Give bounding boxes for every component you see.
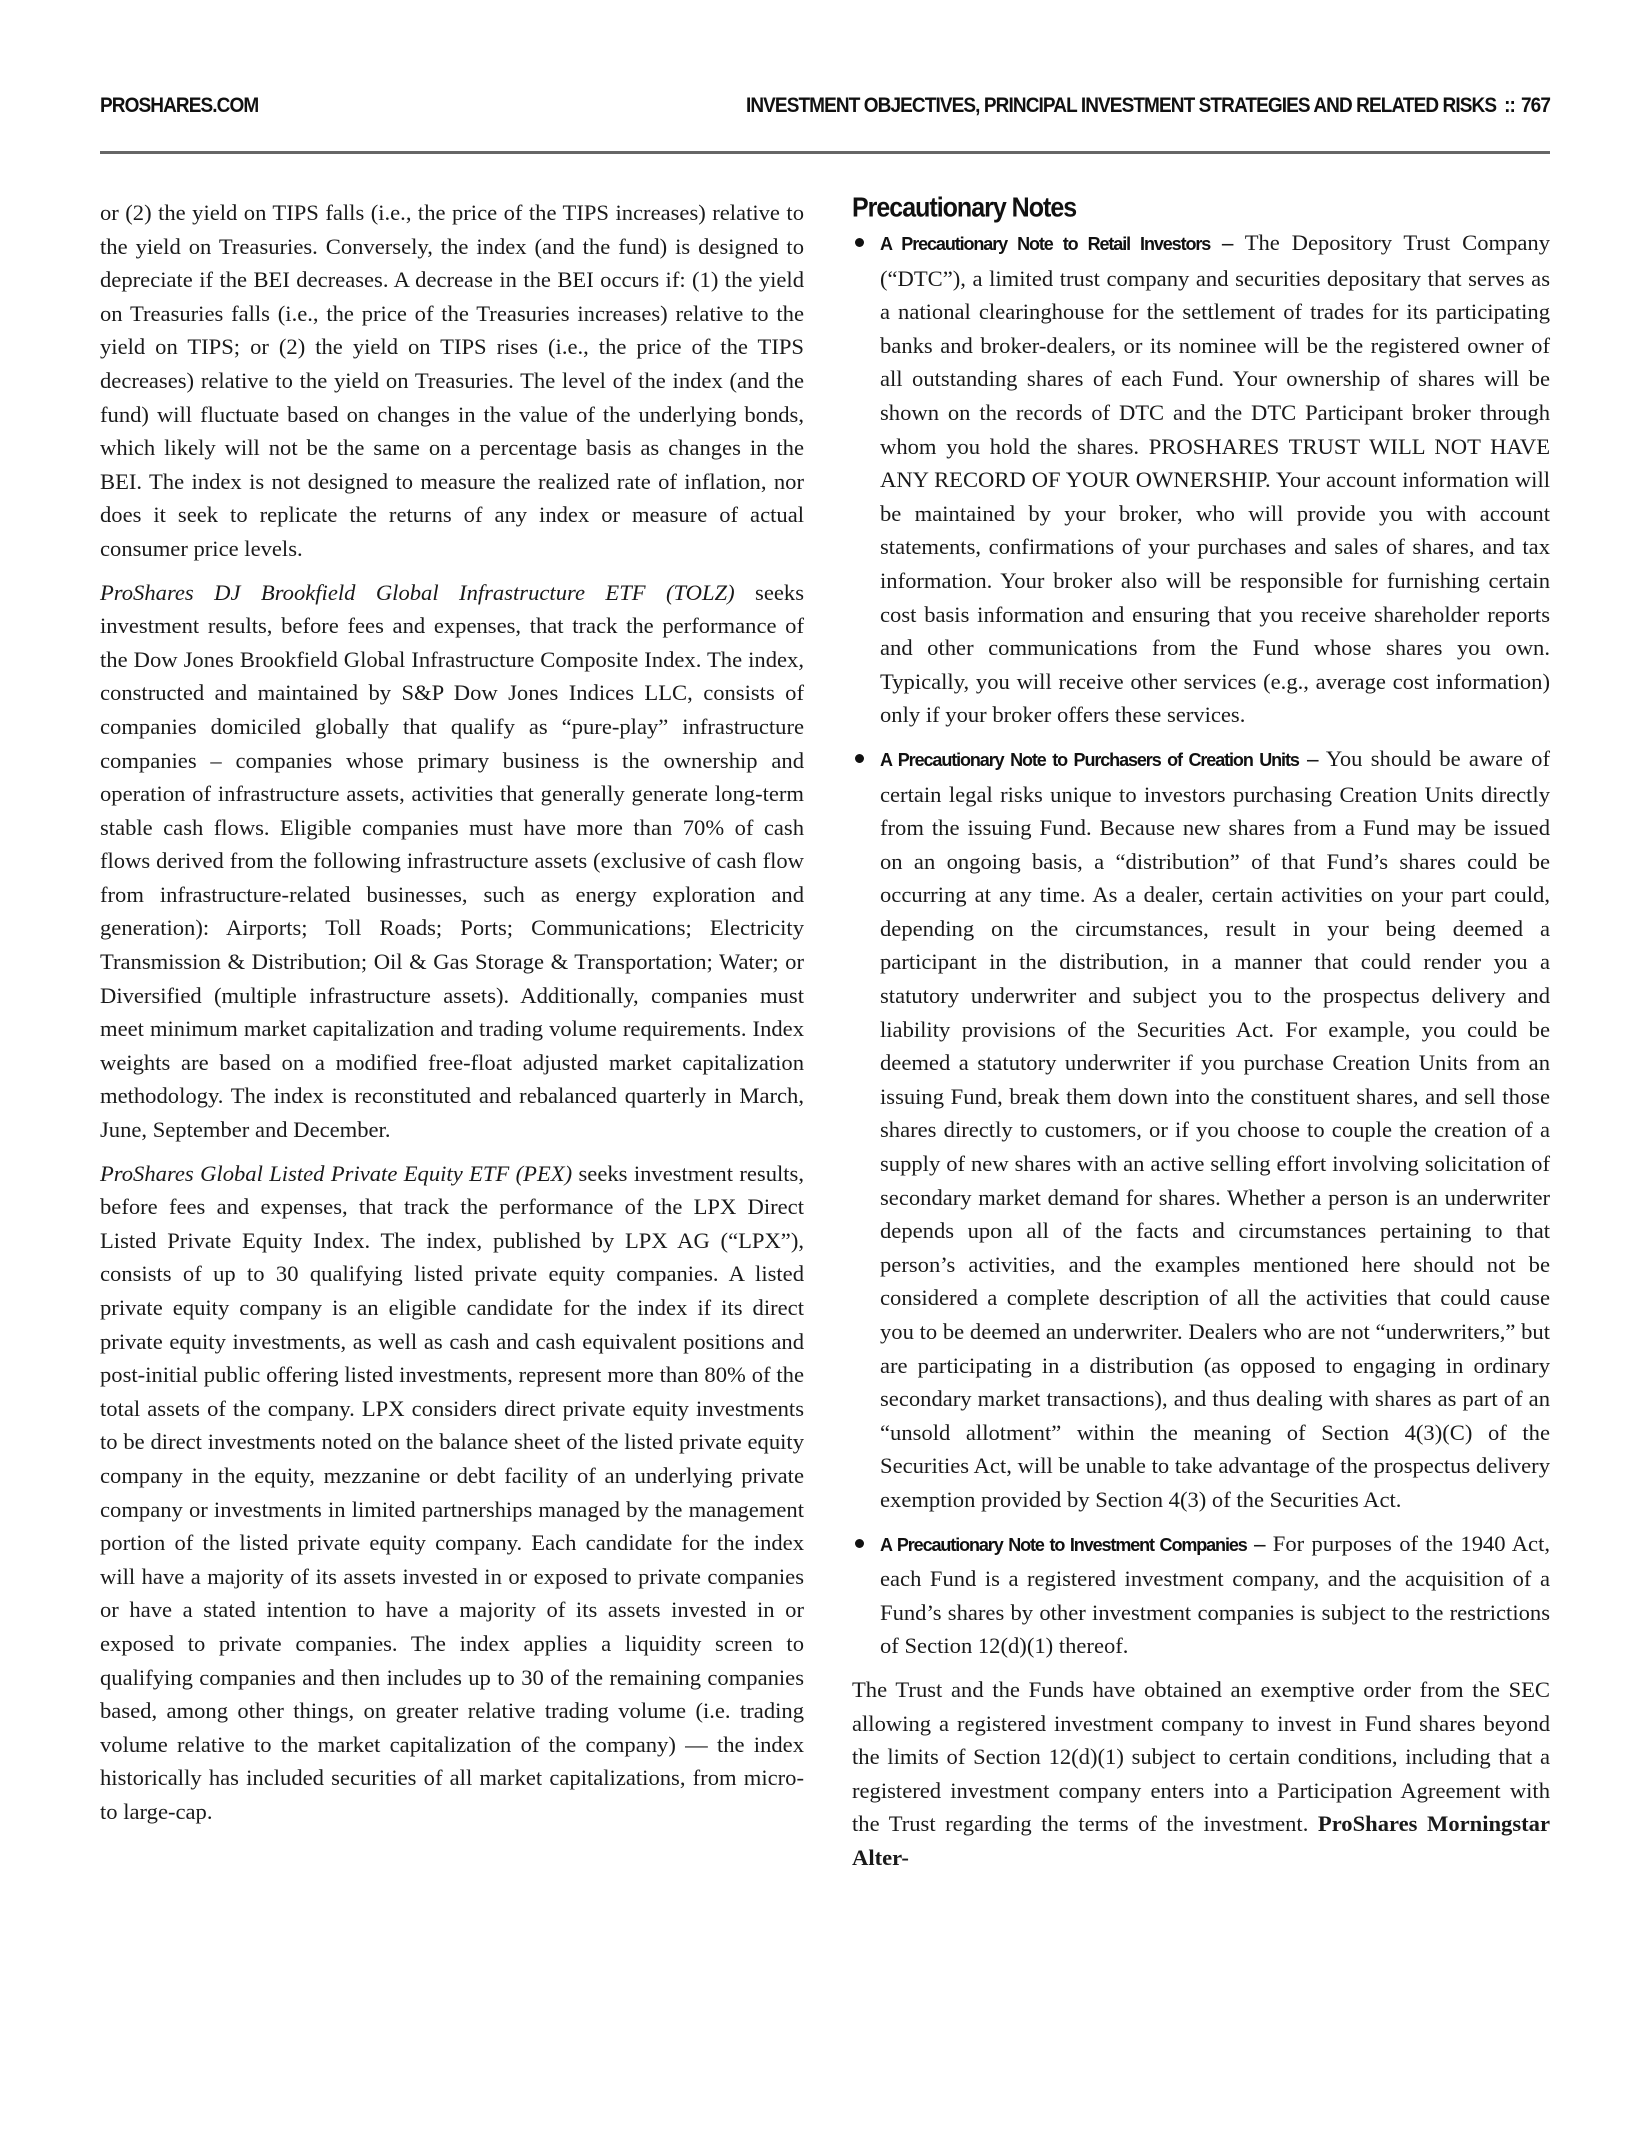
fund-name: ProShares Global Listed Private Equity E… [100,1161,572,1186]
bullet-icon [855,1539,864,1548]
pex-paragraph: ProShares Global Listed Private Equity E… [100,1157,804,1829]
note-text: You should be aware of certain legal ris… [880,746,1550,1512]
tolz-paragraph: ProShares DJ Brookfield Global Infrastru… [100,576,804,1147]
paragraph-text: or (2) the yield on TIPS falls (i.e., th… [100,200,804,561]
precautionary-notes-heading: Precautionary Notes [852,190,1550,225]
note-retail-investors: A Precautionary Note to Retail Investors… [852,226,1550,732]
fund-name: ProShares DJ Brookfield Global Infrastru… [100,580,735,605]
note-label: A Precautionary Note to Purchasers of Cr… [880,750,1299,770]
bei-paragraph: or (2) the yield on TIPS falls (i.e., th… [100,196,804,566]
exemptive-order-paragraph: The Trust and the Funds have obtained an… [852,1673,1550,1875]
page-header: PROSHARES.COM INVESTMENT OBJECTIVES, PRI… [100,94,1550,120]
paragraph-text: seeks investment results, before fees an… [100,580,804,1143]
note-investment-companies: A Precautionary Note to Investment Compa… [852,1527,1550,1663]
section-title: INVESTMENT OBJECTIVES, PRINCIPAL INVESTM… [746,94,1496,118]
precautionary-notes-list: A Precautionary Note to Retail Investors… [852,226,1550,1663]
em-dash: – [1307,746,1318,771]
header-divider [100,151,1550,154]
note-creation-units: A Precautionary Note to Purchasers of Cr… [852,742,1550,1517]
note-label: A Precautionary Note to Retail Investors [880,234,1210,254]
left-column: or (2) the yield on TIPS falls (i.e., th… [100,196,804,1839]
page-number: 767 [1521,94,1550,118]
right-column: Precautionary Notes A Precautionary Note… [852,190,1550,1885]
paragraph-text: seeks investment results, before fees an… [100,1161,804,1824]
bullet-icon [855,238,864,247]
bullet-icon [855,754,864,763]
running-header: INVESTMENT OBJECTIVES, PRINCIPAL INVESTM… [746,94,1550,119]
em-dash: – [1222,230,1233,255]
em-dash: – [1254,1531,1265,1556]
note-text: The Depository Trust Company (“DTC”), a … [880,230,1550,727]
note-label: A Precautionary Note to Investment Compa… [880,1535,1247,1555]
site-name: PROSHARES.COM [100,94,258,119]
header-separator: :: [1504,94,1515,118]
